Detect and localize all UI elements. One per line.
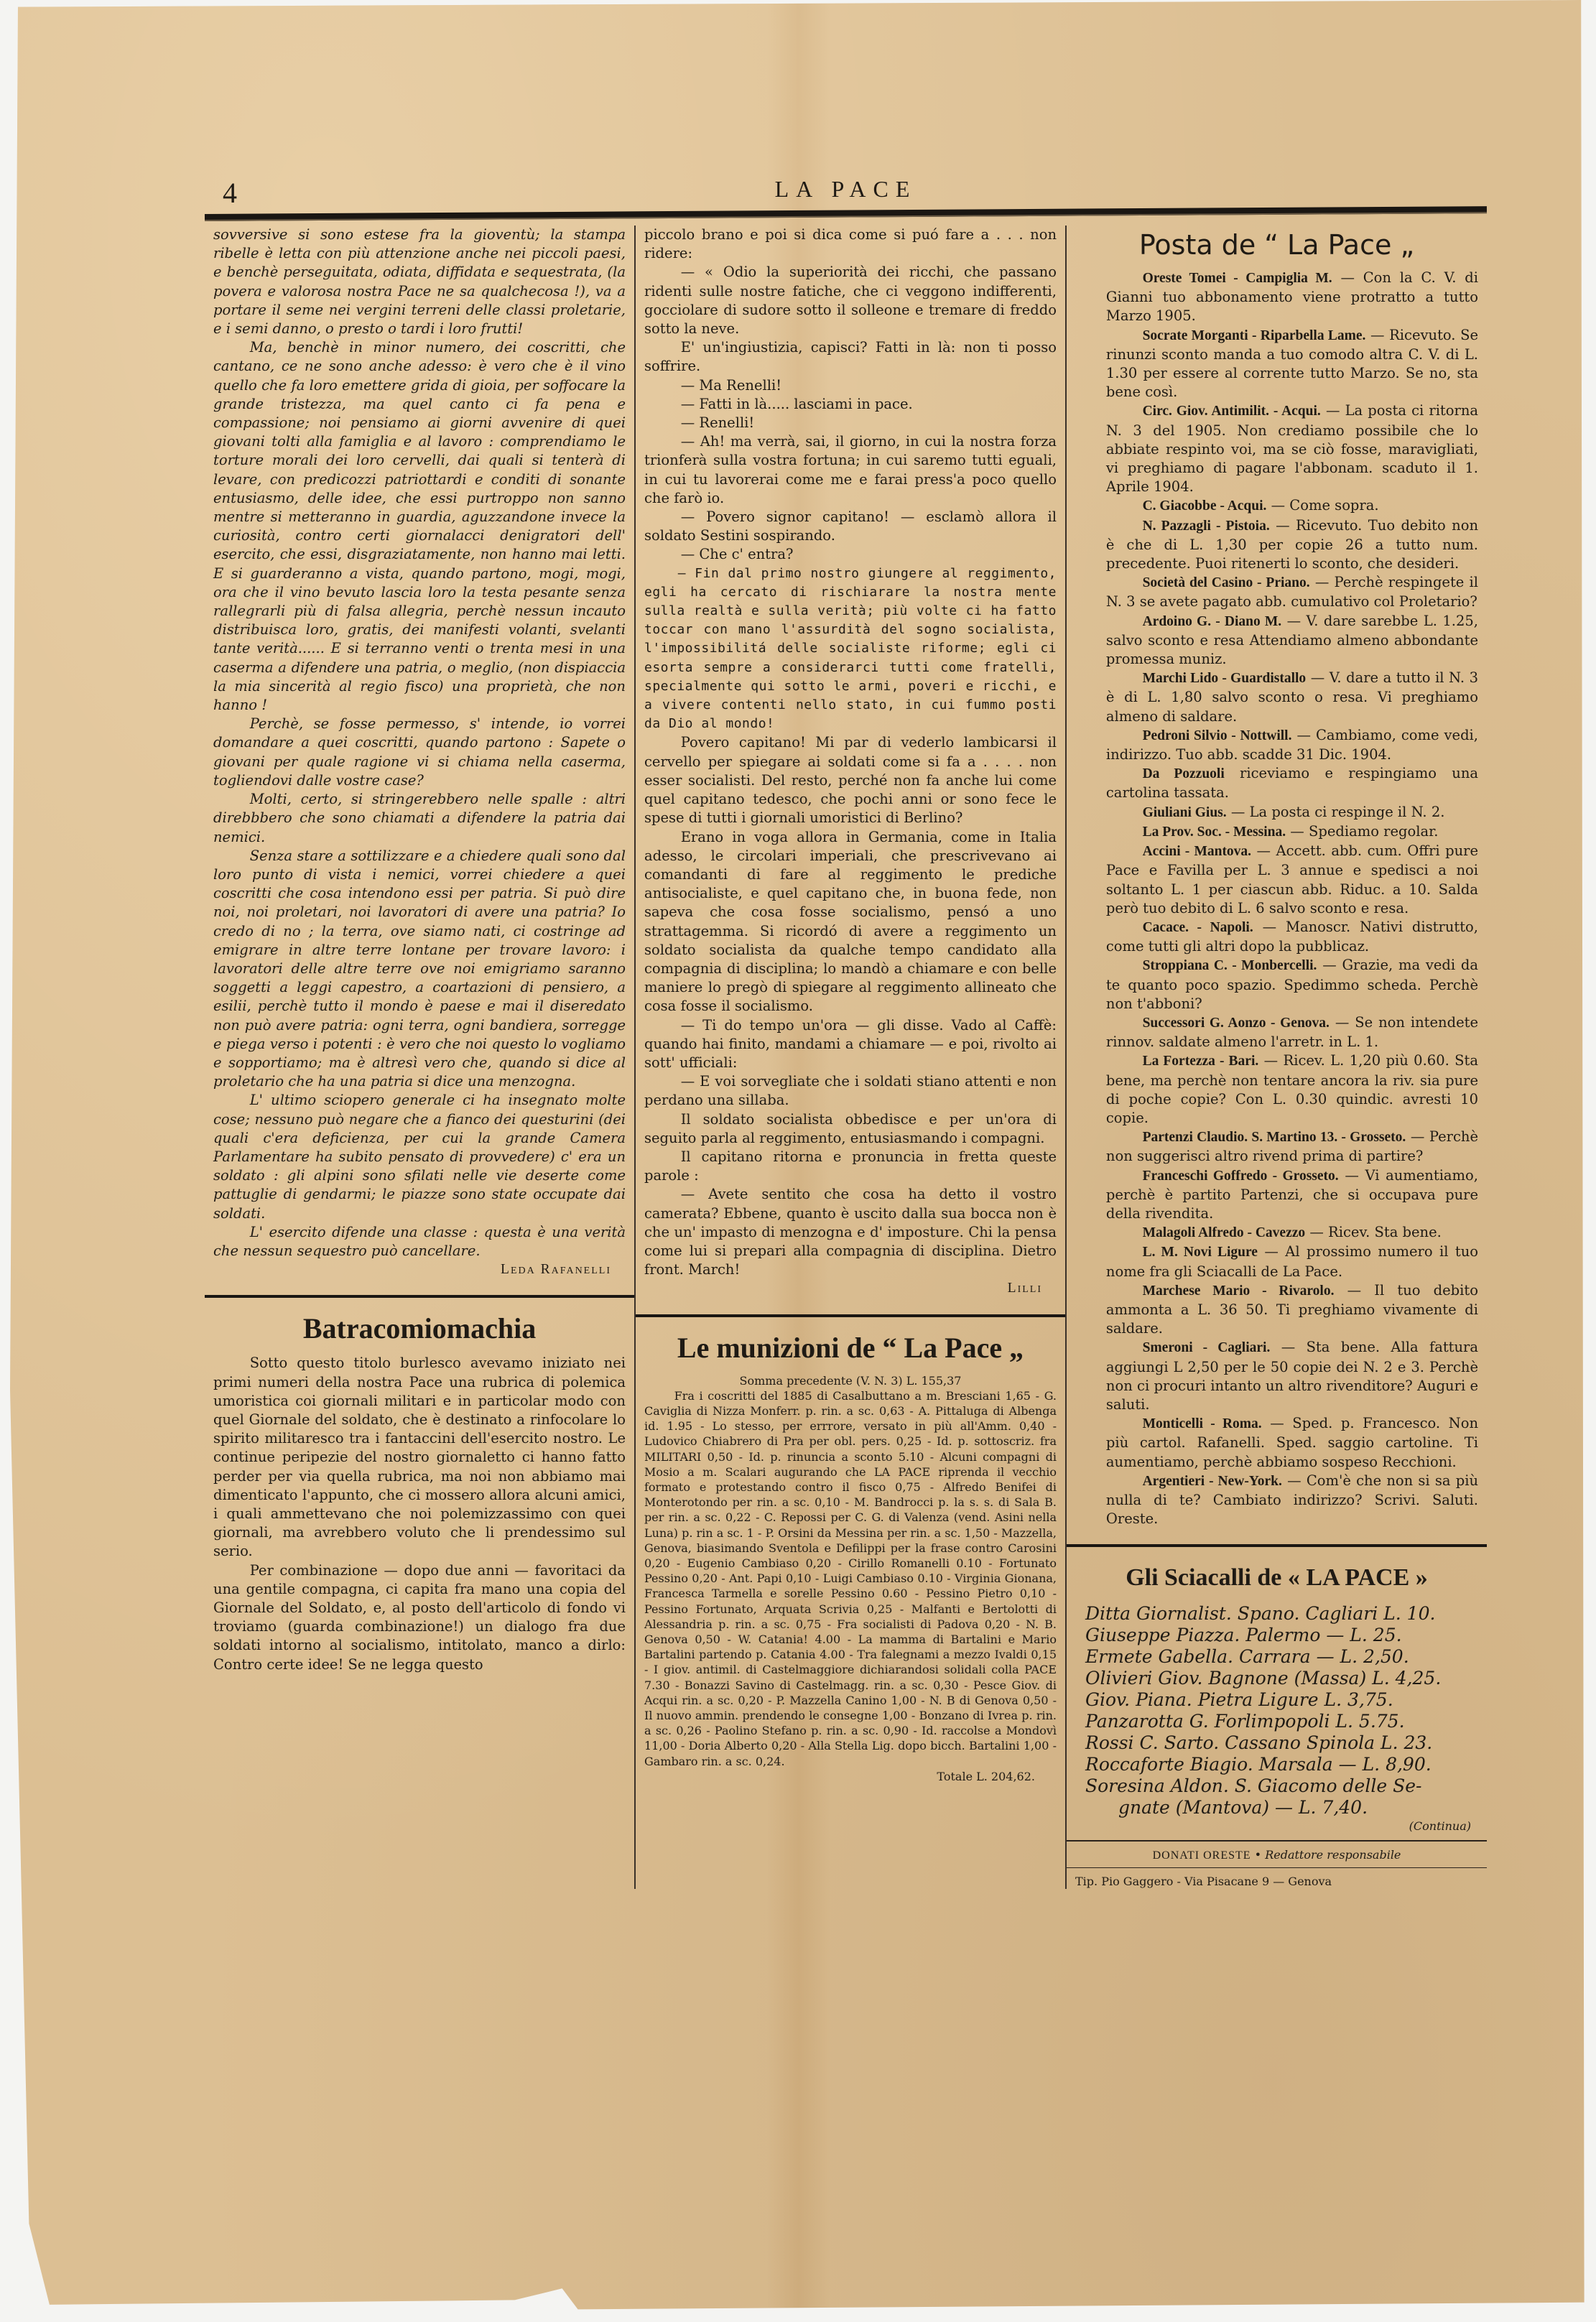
post-recipient: Marchi Lido - Guardistallo xyxy=(1143,671,1307,686)
printer-line: Tip. Pio Gaggero - Via Pisacane 9 — Geno… xyxy=(1067,1867,1487,1889)
separator: • xyxy=(1255,1848,1266,1862)
post-recipient: Giuliani Gius. xyxy=(1143,805,1227,820)
jackal-entry: Rossi C. Sarto. Cassano Spinola L. 23. xyxy=(1075,1732,1478,1754)
jackal-entry: Giov. Piana. Pietra Ligure L. 3,75. xyxy=(1075,1689,1478,1711)
post-recipient: L. M. Novi Ligure xyxy=(1143,1245,1258,1260)
paragraph: — Che c' entra? xyxy=(644,545,1057,564)
paragraph: — Avete sentito che cosa ha detto il vos… xyxy=(644,1185,1057,1279)
post-entry: Accini - Mantova. — Accett. abb. cum. Of… xyxy=(1075,842,1478,918)
paragraph: — Ah! ma verrà, sai, il giorno, in cui l… xyxy=(644,432,1057,508)
paragraph: — Povero signor capitano! — esclamò allo… xyxy=(644,508,1057,545)
post-recipient: Monticelli - Roma. xyxy=(1143,1416,1262,1431)
post-recipient: Oreste Tomei - Campiglia M. xyxy=(1143,271,1332,286)
paragraph: Senza stare a sottilizzare e a chiedere … xyxy=(213,847,626,1092)
post-entry: La Fortezza - Bari. — Ricev. L. 1,20 più… xyxy=(1075,1051,1478,1128)
post-recipient: Pedroni Silvio - Nottwill. xyxy=(1143,728,1292,743)
paragraph: sovversive si sono estese fra la giovent… xyxy=(213,226,626,338)
paragraph: E' un'ingiustizia, capisci? Fatti in là:… xyxy=(644,338,1057,376)
post-recipient: Partenzi Claudio. S. Martino 13. - Gross… xyxy=(1143,1130,1406,1145)
editor-line: DONATI ORESTE • Redattore responsabile xyxy=(1067,1840,1487,1863)
author-signature: Lilli xyxy=(644,1279,1057,1298)
post-reply: — Ricev. Sta bene. xyxy=(1309,1224,1442,1240)
post-recipient: Argentieri - New-York. xyxy=(1143,1474,1282,1489)
author-signature: Leda Rafanelli xyxy=(213,1260,626,1279)
paragraph: Ma, benchè in minor numero, dei coscritt… xyxy=(213,338,626,715)
paragraph: Erano in voga allora in Germania, come i… xyxy=(644,828,1057,1016)
paragraph: L' esercito difende una classe : questa … xyxy=(213,1223,626,1260)
paragraph: — Ti do tempo un'ora — gli disse. Vado a… xyxy=(644,1016,1057,1073)
munitions-section: Le munizioni de “ La Pace „ Somma preced… xyxy=(644,1330,1057,1784)
post-recipient: La Prov. Soc. - Messina. xyxy=(1143,825,1286,840)
post-reply: — La posta ci respinge il N. 2. xyxy=(1231,804,1445,820)
post-recipient: Marchese Mario - Rivarolo. xyxy=(1143,1283,1335,1299)
post-reply: — Spediamo regolar. xyxy=(1290,823,1438,840)
section-title: Le munizioni de “ La Pace „ xyxy=(644,1330,1057,1366)
paragraph: — E voi sorvegliate che i soldati stiano… xyxy=(644,1072,1057,1110)
post-entry: L. M. Novi Ligure — Al prossimo numero i… xyxy=(1075,1243,1478,1281)
post-entry: Pedroni Silvio - Nottwill. — Cambiamo, c… xyxy=(1075,726,1478,764)
paragraph: Molti, certo, si stringerebbero nelle sp… xyxy=(213,790,626,847)
masthead: 4 LA PACE xyxy=(205,165,1487,208)
paragraph: piccolo brano e poi si dica come si puó … xyxy=(644,226,1057,263)
editor-role: Redattore responsabile xyxy=(1265,1848,1401,1862)
post-entry: Socrate Morganti - Riparbella Lame. — Ri… xyxy=(1075,326,1478,402)
post-entry: Stroppiana C. - Monbercelli. — Grazie, m… xyxy=(1075,956,1478,1013)
paragraph: Per combinazione — dopo due anni — favor… xyxy=(213,1561,626,1674)
post-entry: Ardoino G. - Diano M. — V. dare sarebbe … xyxy=(1075,612,1478,669)
newspaper-title: LA PACE xyxy=(205,176,1487,203)
post-entry: Successori G. Aonzo - Genova. — Se non i… xyxy=(1075,1013,1478,1051)
jackal-entry: Ermete Gabella. Carrara — L. 2,50. xyxy=(1075,1646,1478,1668)
post-entry: Smeroni - Cagliari. — Sta bene. Alla fat… xyxy=(1075,1338,1478,1414)
paragraph: — Renelli! xyxy=(644,414,1057,432)
section-title: Gli Sciacalli de « LA PACE » xyxy=(1075,1560,1478,1596)
post-entries: Oreste Tomei - Campiglia M. — Con la C. … xyxy=(1075,269,1478,1528)
post-recipient: Accini - Mantova. xyxy=(1143,844,1251,859)
post-recipient: Da Pozzuoli xyxy=(1143,766,1225,781)
post-entry: Marchi Lido - Guardistallo — V. dare a t… xyxy=(1075,669,1478,726)
post-recipient: Malagoli Alfredo - Cavezzo xyxy=(1143,1225,1306,1240)
jackal-entry: Giuseppe Piazza. Palermo — L. 25. xyxy=(1075,1625,1478,1646)
post-entry: Da Pozzuoli riceviamo e respingiamo una … xyxy=(1075,764,1478,802)
masthead-rule xyxy=(205,206,1487,221)
post-entry: Società del Casino - Priano. — Perchè re… xyxy=(1075,573,1478,611)
post-recipient: N. Pazzagli - Pistoia. xyxy=(1143,519,1270,534)
paragraph: — « Odio la superiorità dei ricchi, che … xyxy=(644,263,1057,338)
jackal-entry: Roccaforte Biagio. Marsala — L. 8,90. xyxy=(1075,1754,1478,1775)
donation-list: Fra i coscritti del 1885 di Casalbuttano… xyxy=(644,1388,1057,1769)
section-title: Posta de “ La Pace „ xyxy=(1075,228,1478,261)
post-entry: Cacace. - Napoli. — Manoscr. Nativi dist… xyxy=(1075,918,1478,956)
section-divider xyxy=(205,1295,634,1298)
post-entry: Monticelli - Roma. — Sped. p. Francesco.… xyxy=(1075,1414,1478,1472)
article-title: Batracomiomachia xyxy=(213,1311,626,1347)
paragraph: Povero capitano! Mi par di vederlo lambi… xyxy=(644,733,1057,827)
post-recipient: Società del Casino - Priano. xyxy=(1143,575,1310,590)
post-recipient: Circ. Giov. Antimilit. - Acqui. xyxy=(1143,404,1321,419)
section-divider xyxy=(1067,1544,1487,1547)
paragraph: — Ma Renelli! xyxy=(644,376,1057,395)
columns: sovversive si sono estese fra la giovent… xyxy=(205,226,1487,1889)
post-recipient: Ardoino G. - Diano M. xyxy=(1143,614,1282,629)
jackals-section: Gli Sciacalli de « LA PACE » Ditta Giorn… xyxy=(1075,1560,1478,1834)
post-recipient: Cacace. - Napoli. xyxy=(1143,920,1253,935)
post-entry: Franceschi Goffredo - Grosseto. — Vi aum… xyxy=(1075,1166,1478,1224)
editor-name: DONATI ORESTE xyxy=(1153,1849,1251,1862)
post-recipient: Socrate Morganti - Riparbella Lame. xyxy=(1143,328,1366,343)
jackal-entry-continuation: gnate (Mantova) — L. 7,40. xyxy=(1075,1797,1478,1819)
post-entry: Oreste Tomei - Campiglia M. — Con la C. … xyxy=(1075,269,1478,326)
post-recipient: La Fortezza - Bari. xyxy=(1143,1054,1259,1069)
paragraph-typewriter: — Fin dal primo nostro giungere al reggi… xyxy=(644,565,1057,734)
jackal-entry: Panzarotta G. Forlimpopoli L. 5.75. xyxy=(1075,1711,1478,1732)
post-entry: Argentieri - New-York. — Com'è che non s… xyxy=(1075,1472,1478,1529)
article-conscripts: sovversive si sono estese fra la giovent… xyxy=(213,226,626,1279)
column-1: sovversive si sono estese fra la giovent… xyxy=(205,226,636,1889)
post-recipient: Smeroni - Cagliari. xyxy=(1143,1340,1271,1355)
newspaper-page: 4 LA PACE sovversive si sono estese fra … xyxy=(205,165,1487,1889)
post-section: Posta de “ La Pace „ Oreste Tomei - Camp… xyxy=(1075,228,1478,1528)
paragraph: Il soldato socialista obbedisce e per un… xyxy=(644,1110,1057,1148)
post-entry: Giuliani Gius. — La posta ci respinge il… xyxy=(1075,803,1478,822)
continues-note: (Continua) xyxy=(1075,1819,1478,1834)
paragraph: Il capitano ritorna e pronuncia in frett… xyxy=(644,1148,1057,1185)
post-entry: C. Giacobbe - Acqui. — Come sopra. xyxy=(1075,496,1478,516)
post-entry: Partenzi Claudio. S. Martino 13. - Gross… xyxy=(1075,1128,1478,1166)
previous-sum: Somma precedente (V. N. 3) L. 155,37 xyxy=(644,1373,1057,1388)
paragraph: Sotto questo titolo burlesco avevamo ini… xyxy=(213,1354,626,1561)
post-recipient: Successori G. Aonzo - Genova. xyxy=(1143,1016,1330,1031)
post-recipient: C. Giacobbe - Acqui. xyxy=(1143,498,1267,514)
paragraph: L' ultimo sciopero generale ci ha insegn… xyxy=(213,1091,626,1222)
article-batracomiomachia: Batracomiomachia Sotto questo titolo bur… xyxy=(213,1311,626,1673)
post-recipient: Franceschi Goffredo - Grosseto. xyxy=(1143,1169,1339,1184)
jackal-entry: Ditta Giornalist. Spano. Cagliari L. 10. xyxy=(1075,1603,1478,1625)
paragraph: — Fatti in là..... lasciami in pace. xyxy=(644,395,1057,414)
post-entry: Circ. Giov. Antimilit. - Acqui. — La pos… xyxy=(1075,401,1478,496)
column-3: Posta de “ La Pace „ Oreste Tomei - Camp… xyxy=(1067,226,1487,1889)
donation-total: Totale L. 204,62. xyxy=(644,1769,1057,1784)
post-entry: N. Pazzagli - Pistoia. — Ricevuto. Tuo d… xyxy=(1075,516,1478,574)
jackal-entry: Soresina Aldon. S. Giacomo delle Se- xyxy=(1075,1775,1478,1797)
section-divider xyxy=(636,1314,1065,1317)
post-entry: La Prov. Soc. - Messina. — Spediamo rego… xyxy=(1075,822,1478,842)
paragraph: Perchè, se fosse permesso, s' intende, i… xyxy=(213,715,626,790)
post-entry: Malagoli Alfredo - Cavezzo — Ricev. Sta … xyxy=(1075,1223,1478,1243)
jackal-entry: Olivieri Giov. Bagnone (Massa) L. 4,25. xyxy=(1075,1668,1478,1689)
post-reply: — Come sopra. xyxy=(1271,497,1379,514)
column-2: piccolo brano e poi si dica come si puó … xyxy=(636,226,1067,1889)
post-recipient: Stroppiana C. - Monbercelli. xyxy=(1143,958,1317,973)
article-batracomiomachia-continued: piccolo brano e poi si dica come si puó … xyxy=(644,226,1057,1299)
post-entry: Marchese Mario - Rivarolo. — Il tuo debi… xyxy=(1075,1281,1478,1339)
